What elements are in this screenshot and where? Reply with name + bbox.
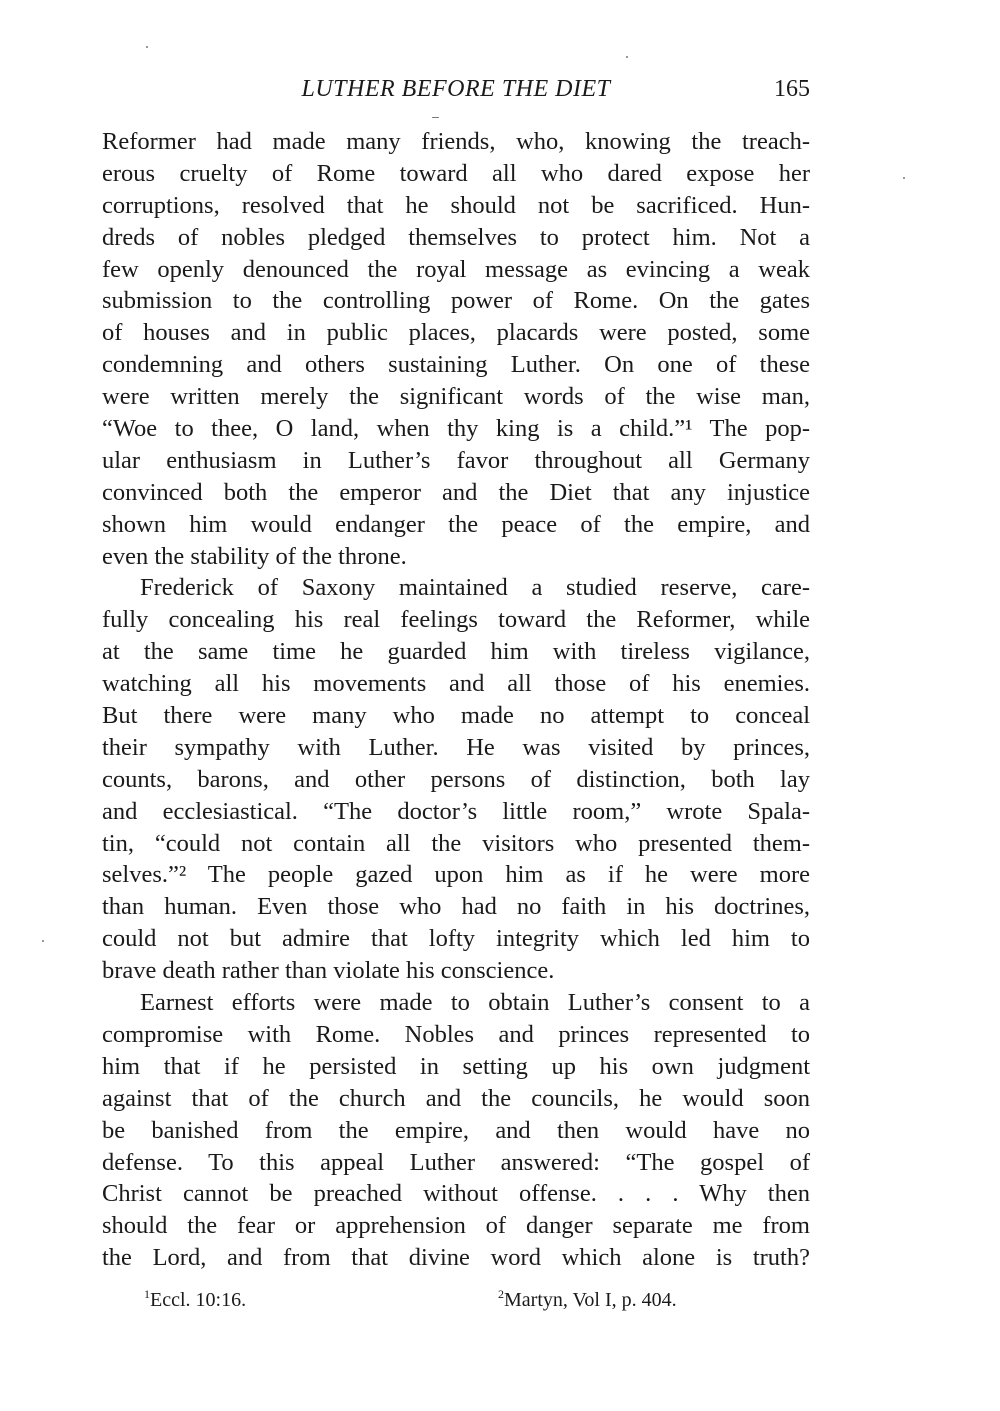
text-line: tin, “could not contain all the visitors… [102,828,810,860]
text-line: Earnest efforts were made to obtain Luth… [102,987,810,1019]
footnotes: 1Eccl. 10:16. 2Martyn, Vol I, p. 404. [102,1289,810,1317]
page-number: 165 [774,76,810,103]
scan-speck [42,940,44,942]
text-line: the Lord, and from that divine word whic… [102,1242,810,1274]
text-line: should the fear or apprehension of dange… [102,1210,810,1242]
paragraph-3: Earnest efforts were made to obtain Luth… [102,987,810,1274]
text-line: at the same time he guarded him with tir… [102,636,810,668]
text-line: defense. To this appeal Luther answered:… [102,1147,810,1179]
scan-speck [903,177,905,179]
text-line: could not but admire that lofty integrit… [102,923,810,955]
text-line: Frederick of Saxony maintained a studied… [102,572,810,604]
text-line: counts, barons, and other persons of dis… [102,764,810,796]
book-page: LUTHER BEFORE THE DIET 165 Reformer had … [0,0,1000,1411]
text-line: “Woe to thee, O land, when thy king is a… [102,413,810,445]
text-line: than human. Even those who had no faith … [102,891,810,923]
text-line: But there were many who made no attempt … [102,700,810,732]
text-line: and ecclesiastical. “The doctor’s little… [102,796,810,828]
text-line: be banished from the empire, and then wo… [102,1115,810,1147]
paragraph-1: Reformer had made many friends, who, kno… [102,126,810,572]
text-line: convinced both the emperor and the Diet … [102,477,810,509]
text-line: corruptions, resolved that he should not… [102,190,810,222]
text-line: Reformer had made many friends, who, kno… [102,126,810,158]
text-line: few openly denounced the royal message a… [102,254,810,286]
text-line: were written merely the significant word… [102,381,810,413]
text-line: submission to the controlling power of R… [102,285,810,317]
text-line: Christ cannot be preached without offens… [102,1178,810,1210]
text-line: erous cruelty of Rome toward all who dar… [102,158,810,190]
running-title: LUTHER BEFORE THE DIET [102,76,810,103]
text-line: shown him would endanger the peace of th… [102,509,810,541]
scan-speck [432,117,439,118]
footnote-text: Martyn, Vol I, p. 404. [504,1289,677,1311]
text-line: their sympathy with Luther. He was visit… [102,732,810,764]
text-line: even the stability of the throne. [102,541,810,573]
scan-speck [146,46,148,48]
text-line: condemning and others sustaining Luther.… [102,349,810,381]
footnote-marker: 1 [144,1287,150,1301]
text-line: ular enthusiasm in Luther’s favor throug… [102,445,810,477]
footnote-marker: 2 [498,1287,504,1301]
text-line: him that if he persisted in setting up h… [102,1051,810,1083]
text-line: dreds of nobles pledged themselves to pr… [102,222,810,254]
text-line: watching all his movements and all those… [102,668,810,700]
body-text: Reformer had made many friends, who, kno… [102,126,810,1274]
footnote-text: Eccl. 10:16. [150,1289,246,1311]
text-line: against that of the church and the counc… [102,1083,810,1115]
text-line: of houses and in public places, placards… [102,317,810,349]
text-line: selves.”² The people gazed upon him as i… [102,859,810,891]
scan-speck [626,56,628,58]
footnote-2: 2Martyn, Vol I, p. 404. [498,1289,677,1312]
text-line: brave death rather than violate his cons… [102,955,810,987]
paragraph-2: Frederick of Saxony maintained a studied… [102,572,810,987]
text-line: compromise with Rome. Nobles and princes… [102,1019,810,1051]
running-head: LUTHER BEFORE THE DIET 165 [102,76,810,110]
text-line: fully concealing his real feelings towar… [102,604,810,636]
footnote-1: 1Eccl. 10:16. [144,1289,246,1312]
